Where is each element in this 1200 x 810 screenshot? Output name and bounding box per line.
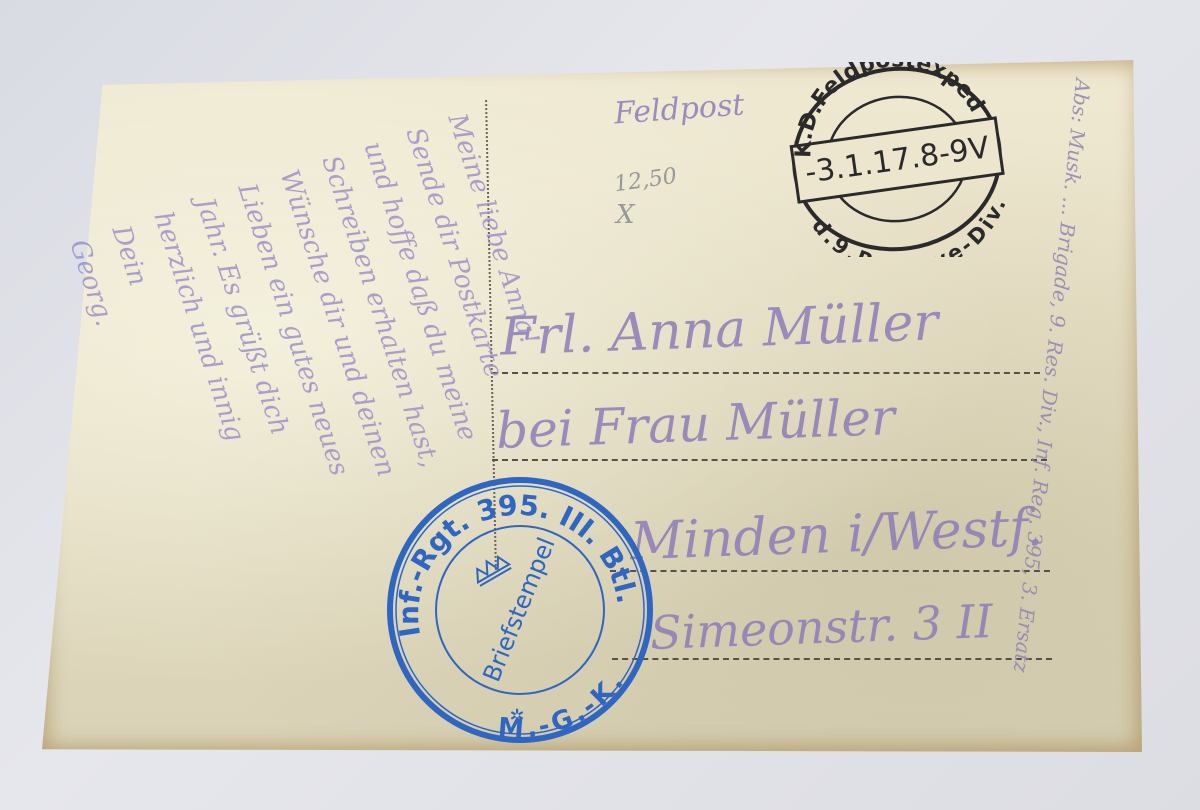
postcard-photo: Feldpost 12,50 X Frl. Anna Müller bei Fr… [0, 0, 1200, 810]
crown-icon [471, 552, 511, 586]
address-line-1-rule [492, 372, 1040, 374]
unit-stamp-center-text: Briefstempel [477, 533, 560, 685]
feldpost-postmark: K.D.Feldpostexped -3.1.17.8-9V d.9.Reser… [782, 62, 1012, 257]
unit-stamp: Inf.-Rgt. 395. III. Btl. M.-G.-K. Briefs… [382, 472, 658, 748]
svg-text:✲: ✲ [509, 706, 524, 727]
address-line-2-rule [492, 459, 1047, 461]
pencil-mark: X [616, 200, 635, 230]
